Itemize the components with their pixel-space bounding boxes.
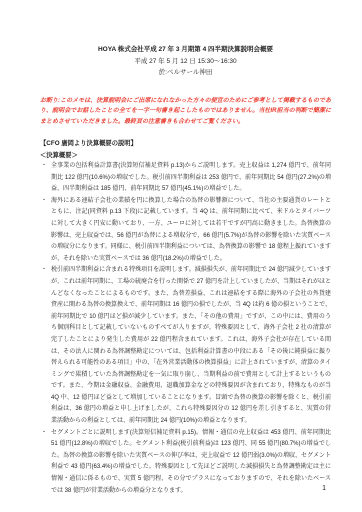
disclaimer-note: お断り:このメモは、決算説明会にご出席になれなかった方々の便宜のためにご参考とし… — [40, 96, 331, 128]
page-content: HOYA 株式会社平成 27 年 3 月期第 4 四半期決算説明会概要 平成 2… — [40, 0, 331, 497]
document-header: HOYA 株式会社平成 27 年 3 月期第 4 四半期決算説明会概要 平成 2… — [40, 44, 331, 79]
bullet-marker-icon: ・ — [41, 428, 47, 440]
bullet-text: 海外にある連結子会社の業績を円に換算した場合の為替の影響額について、当社の主要通… — [51, 198, 331, 262]
bullet-marker-icon: ・ — [41, 161, 47, 173]
document-page: HOYA 株式会社平成 27 年 3 月期第 4 四半期決算説明会概要 平成 2… — [0, 0, 362, 512]
section-heading-cfo-explanation: 【CFO 廣岡より決算概要の説明】 — [40, 138, 331, 150]
bullet-item-segment-results: ・ セグメントごとに説明します(決算短信補足資料 p.15)。情報・通信の売上収… — [40, 428, 331, 498]
bullet-item-revenue-overview: ・ 全事業の包括利益計算書(決算短信補足資料 p.13)からご説明します。売上収… — [40, 161, 331, 196]
bullet-text: 全事業の包括利益計算書(決算短信補足資料 p.13)からご説明します。売上収益は… — [51, 163, 331, 192]
results-summary-bullets: ・ 全事業の包括利益計算書(決算短信補足資料 p.13)からご説明します。売上収… — [40, 161, 331, 497]
section-subheading-results-summary: ＜決算概要＞ — [40, 150, 331, 162]
bullet-item-special-items: ・ 税引前四半期利益に含まれる特殊項目を説明します。減損損失が、前年同期比で 2… — [40, 265, 331, 427]
bullet-item-forex-impact: ・ 海外にある連結子会社の業績を円に換算した場合の為替の影響額について、当社の主… — [40, 196, 331, 266]
meeting-venue: 於:ベルサール神田 — [40, 67, 331, 79]
bullet-text: セグメントごとに説明します(決算短信補足資料 p.15)。情報・通信の売上収益は… — [51, 430, 331, 494]
bullet-marker-icon: ・ — [41, 196, 47, 208]
document-title: HOYA 株式会社平成 27 年 3 月期第 4 四半期決算説明会概要 — [40, 44, 331, 56]
bullet-text: 税引前四半期利益に含まれる特殊項目を説明します。減損損失が、前年同期比で 24 … — [51, 267, 331, 424]
bullet-marker-icon: ・ — [41, 265, 47, 277]
meeting-datetime: 平成 27 年 5 月 12 日 15:30〜16:30 — [40, 56, 331, 68]
page-number: 1 — [322, 485, 326, 493]
